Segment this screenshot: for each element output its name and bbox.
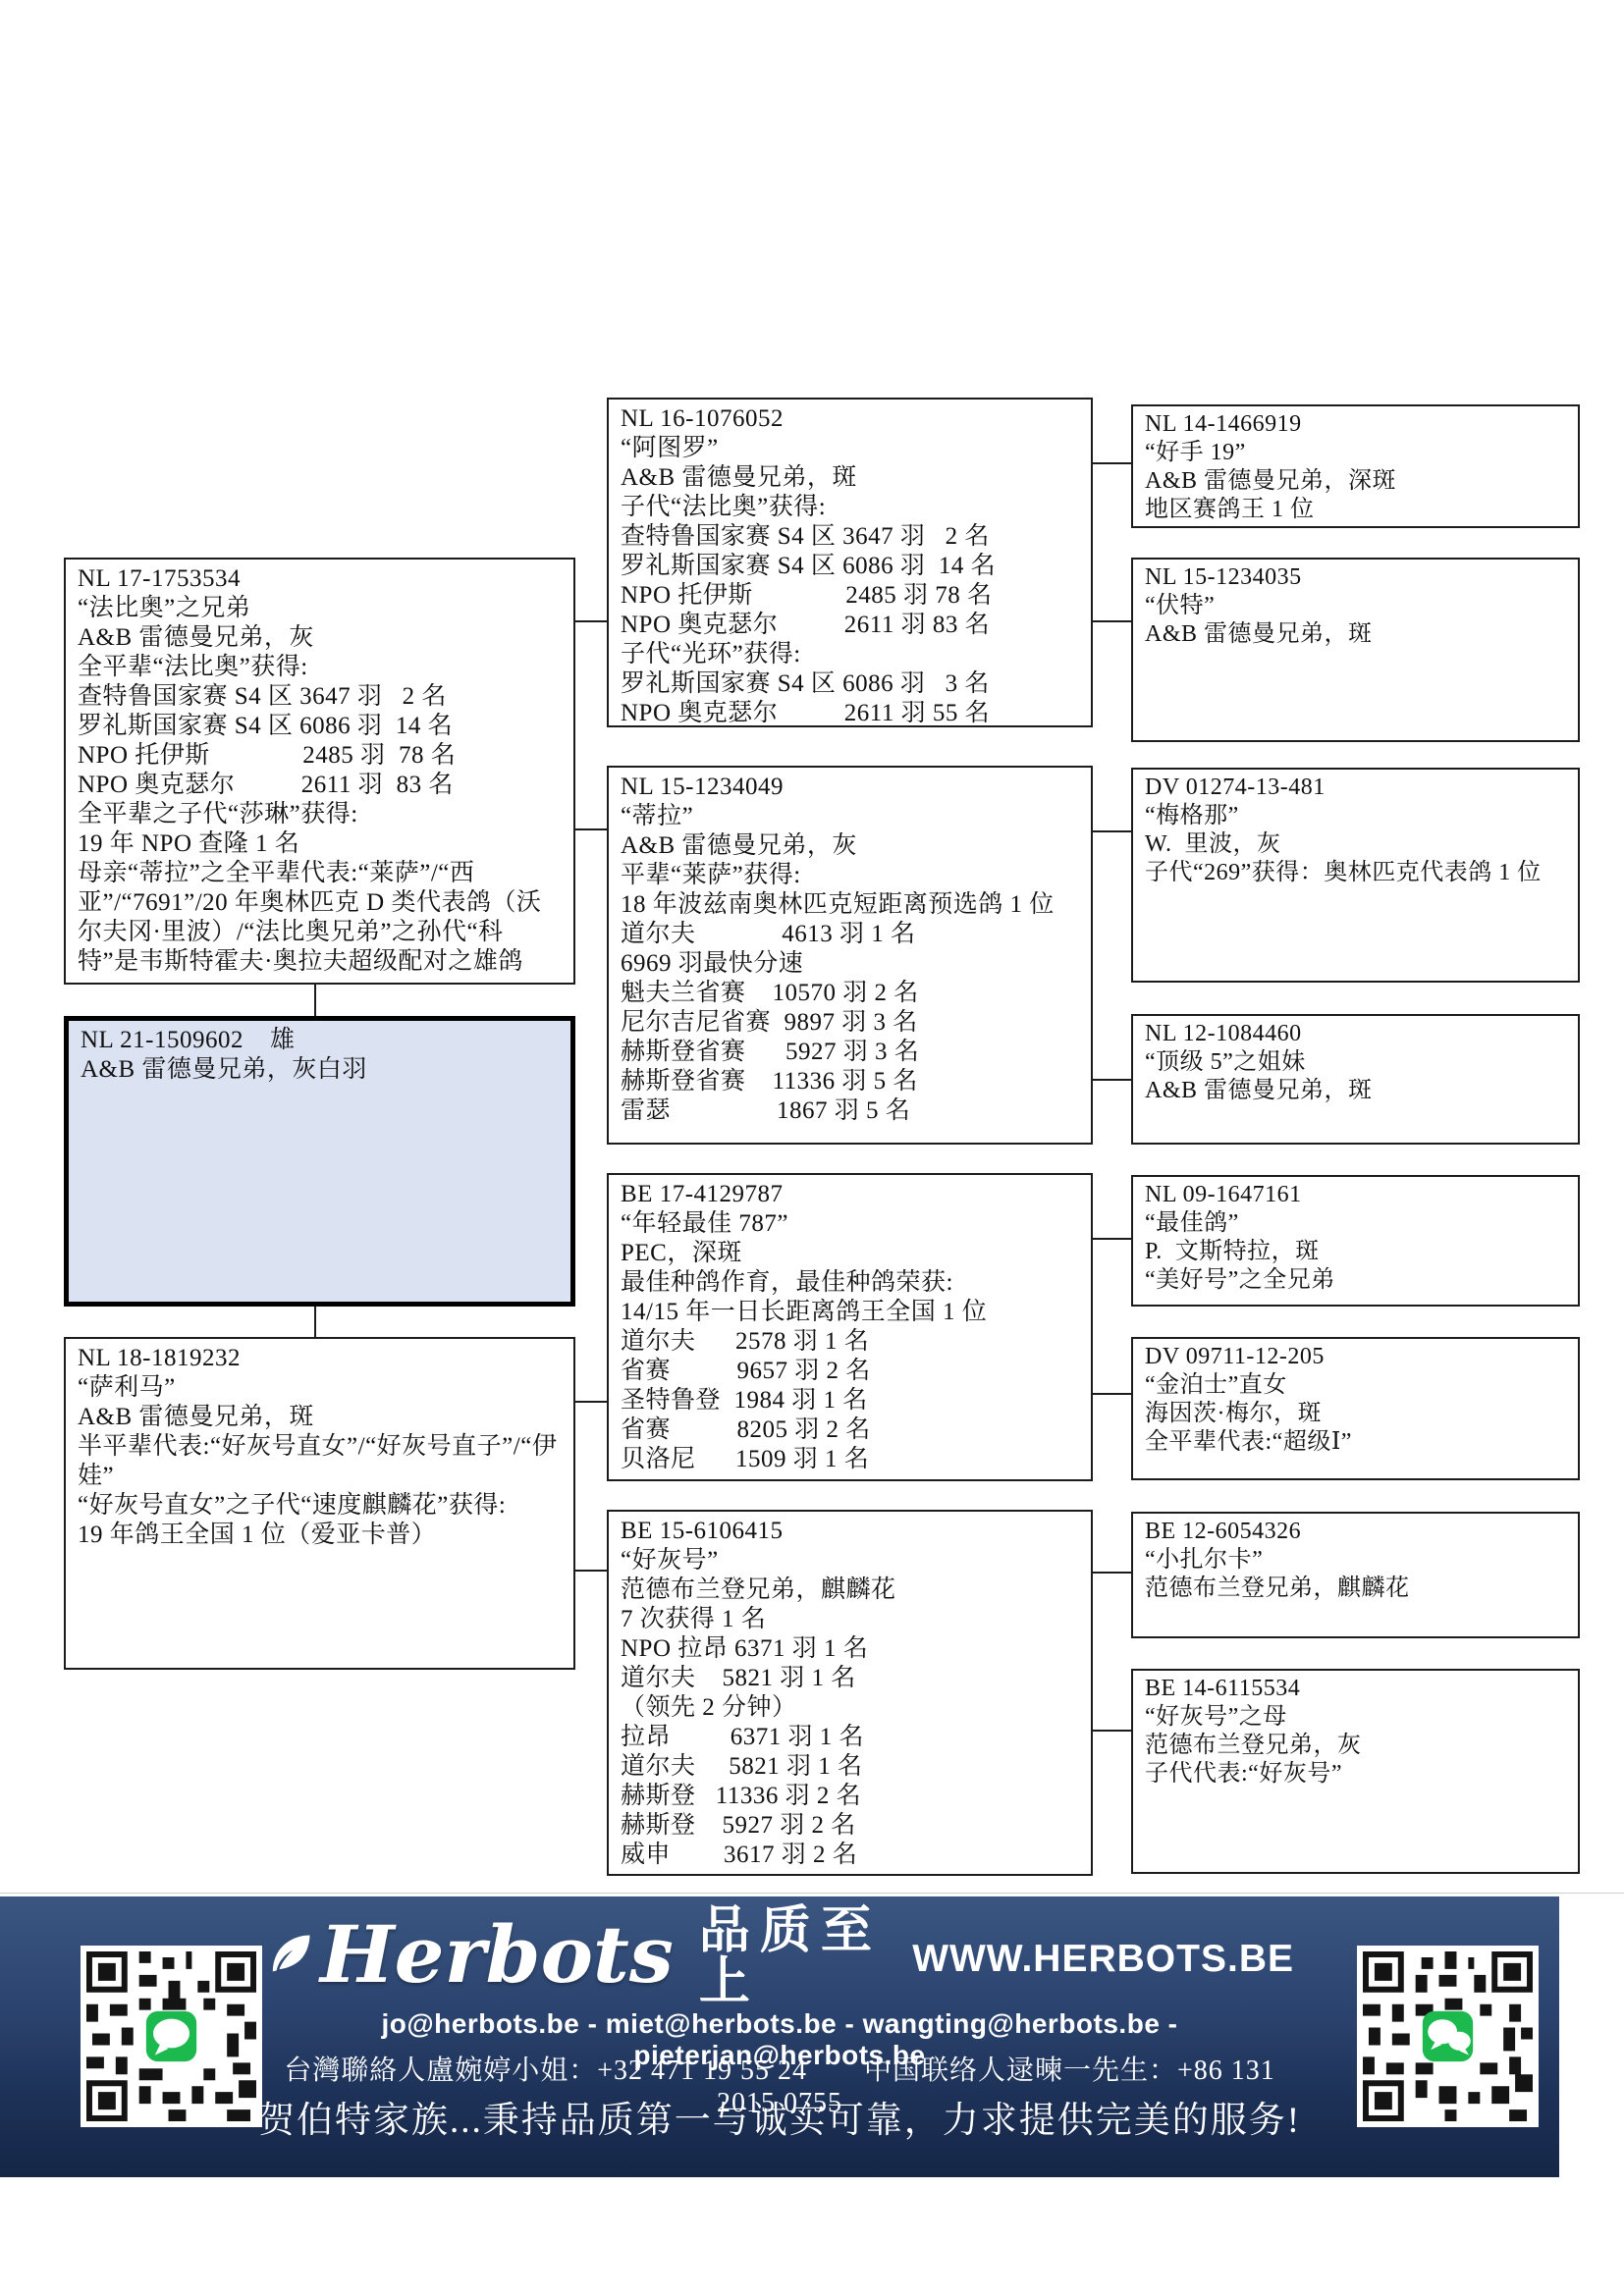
box-dam-sire-dam: DV 09711-12-205 “金泊士”直女 海因茨·梅尔，斑 全平辈代表:“…	[1131, 1337, 1580, 1480]
line-icon	[146, 2011, 196, 2061]
brand-tagline: 品质至上	[699, 1900, 887, 2008]
box-sire-sire: NL 16-1076052 “阿图罗” A&B 雷德曼兄弟，斑 子代“法比奥”获…	[607, 398, 1093, 727]
box-dam: NL 18-1819232 “萨利马” A&B 雷德曼兄弟，斑 半平辈代表:“好…	[64, 1337, 575, 1670]
herbots-logo: Herbots	[265, 1915, 674, 1994]
connector-sd-sdd	[1093, 1079, 1131, 1081]
connector-dam-damdam	[575, 1570, 607, 1572]
connector-ss-sss	[1093, 462, 1131, 464]
box-sire: NL 17-1753534 “法比奥”之兄弟 A&B 雷德曼兄弟，灰 全平辈“法…	[64, 558, 575, 985]
footer-brand-row: Herbots 品质至上 WWW.HERBOTS.BE	[265, 1906, 1294, 2002]
box-sire-sire-sire: NL 14-1466919 “好手 19” A&B 雷德曼兄弟，深斑 地区赛鸽王…	[1131, 404, 1580, 528]
box-sire-sire-dam: NL 15-1234035 “伏特” A&B 雷德曼兄弟，斑	[1131, 558, 1580, 742]
qr-code-wechat	[1357, 1946, 1539, 2127]
connector-subject-dam	[314, 1307, 316, 1337]
connector-ds-dss	[1093, 1238, 1131, 1240]
slogan-line: 贺伯特家族...秉持品质第一与诚实可靠，力求提供完美的服务!	[245, 2090, 1314, 2143]
connector-ds-dsd	[1093, 1393, 1131, 1395]
box-dam-sire-sire: NL 09-1647161 “最佳鸽” P. 文斯特拉，斑 “美好号”之全兄弟	[1131, 1175, 1580, 1307]
connector-sd-sds	[1093, 830, 1131, 832]
qr-line-svg	[86, 1951, 256, 2121]
connector-ss-ssd	[1093, 620, 1131, 622]
box-subject: NL 21-1509602 雄 A&B 雷德曼兄弟，灰白羽	[64, 1016, 575, 1307]
box-dam-dam: BE 15-6106415 “好灰号” 范德布兰登兄弟，麒麟花 7 次获得 1 …	[607, 1510, 1093, 1876]
box-dam-dam-sire: BE 12-6054326 “小扎尔卡” 范德布兰登兄弟，麒麟花	[1131, 1512, 1580, 1638]
footer-divider	[0, 1893, 1624, 1894]
qr-wechat-svg	[1363, 1951, 1533, 2121]
qr-code-line	[81, 1946, 262, 2127]
connector-dam-damsire	[575, 1401, 607, 1403]
box-sire-dam-sire: DV 01274-13-481 “梅格那” W. 里波，灰 子代“269”获得：…	[1131, 768, 1580, 983]
connector-dd-ddd	[1093, 1730, 1131, 1732]
connector-sire-siresire	[575, 620, 607, 622]
box-dam-dam-dam: BE 14-6115534 “好灰号”之母 范德布兰登兄弟，灰 子代代表:“好灰…	[1131, 1669, 1580, 1874]
feather-icon	[265, 1929, 316, 1980]
connector-sire-siredam	[575, 828, 607, 830]
box-sire-dam: NL 15-1234049 “蒂拉” A&B 雷德曼兄弟，灰 平辈“莱萨”获得:…	[607, 766, 1093, 1145]
website-url[interactable]: WWW.HERBOTS.BE	[912, 1928, 1294, 1981]
footer-band: Herbots 品质至上 WWW.HERBOTS.BE jo@herbots.b…	[0, 1896, 1559, 2177]
wechat-icon	[1423, 2011, 1473, 2061]
box-sire-dam-dam: NL 12-1084460 “顶级 5”之姐妹 A&B 雷德曼兄弟，斑	[1131, 1014, 1580, 1145]
connector-dd-dds	[1093, 1572, 1131, 1574]
box-dam-sire: BE 17-4129787 “年轻最佳 787” PEC，深斑 最佳种鸽作育，最…	[607, 1173, 1093, 1481]
brand-name: Herbots	[320, 1915, 674, 1994]
connector-sire-subject	[314, 985, 316, 1016]
